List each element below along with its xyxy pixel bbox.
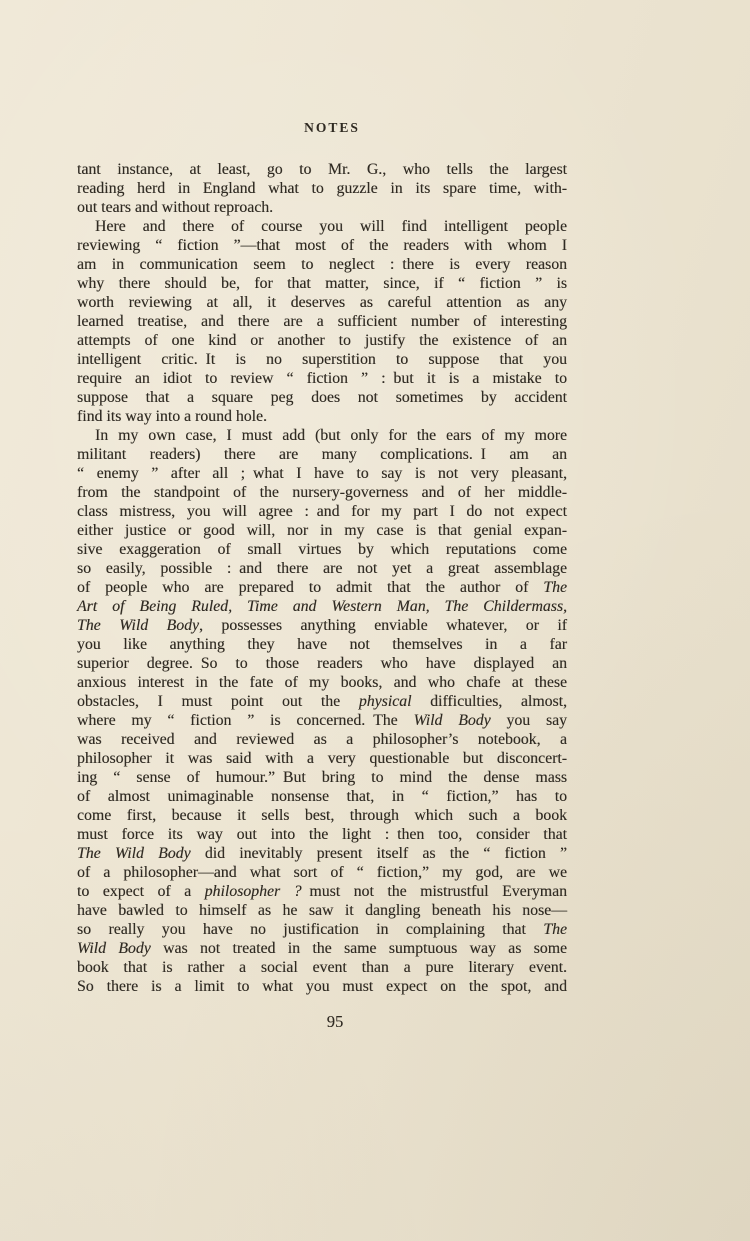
text-segment: from the standpoint of the nursery-gover… <box>77 484 567 501</box>
text-line: ing “ sense of humour.” But bring to min… <box>77 768 567 787</box>
text-line: Here and there of course you will find i… <box>77 217 567 236</box>
text-segment: of almost unimaginable nonsense that, in… <box>77 788 567 805</box>
text-segment: to expect of a <box>77 883 205 900</box>
italic-text-segment: The <box>543 921 567 938</box>
text-line: require an idiot to review “ fiction ” :… <box>77 369 567 388</box>
text-line: The Wild Body, possesses anything enviab… <box>77 616 567 635</box>
text-line: either justice or good will, nor in my c… <box>77 521 567 540</box>
text-segment: tant instance, at least, go to Mr. G., w… <box>77 161 567 178</box>
text-line: come first, because it sells best, throu… <box>77 806 567 825</box>
text-segment: sive exaggeration of small virtues by wh… <box>77 541 567 558</box>
running-head: NOTES <box>87 120 577 136</box>
text-line: am in communication seem to neglect : th… <box>77 255 567 274</box>
text-line: to expect of a philosopher ? must not th… <box>77 882 567 901</box>
text-segment: come first, because it sells best, throu… <box>77 807 567 824</box>
text-line: class mistress, you will agree : and for… <box>77 502 567 521</box>
text-segment: militant readers) there are many complic… <box>77 446 567 463</box>
text-segment: am in communication seem to neglect : th… <box>77 256 567 273</box>
text-line: Art of Being Ruled, Time and Western Man… <box>77 597 567 616</box>
text-segment: you like anything they have not themselv… <box>77 636 567 653</box>
text-segment: out tears and without reproach. <box>77 199 273 216</box>
text-segment: find its way into a round hole. <box>77 408 267 425</box>
text-line: so easily, possible : and there are not … <box>77 559 567 578</box>
text-segment: you say <box>491 712 567 729</box>
text-line: find its way into a round hole. <box>77 407 567 426</box>
text-line: have bawled to himself as he saw it dang… <box>77 901 567 920</box>
text-segment: , possesses anything enviable whatever, … <box>199 617 567 634</box>
page-number: 95 <box>90 1012 580 1032</box>
text-segment: where my “ fiction ” is concerned. The <box>77 712 413 729</box>
text-segment: have bawled to himself as he saw it dang… <box>77 902 567 919</box>
text-segment: so really you have no justification in c… <box>77 921 543 938</box>
text-line: So there is a limit to what you must exp… <box>77 977 567 996</box>
text-segment: learned treatise, and there are a suffic… <box>77 313 567 330</box>
text-segment: must force its way out into the light : … <box>77 826 567 843</box>
text-line: out tears and without reproach. <box>77 198 567 217</box>
text-line: In my own case, I must add (but only for… <box>77 426 567 445</box>
text-segment: obstacles, I must point out the <box>77 693 359 710</box>
text-segment: suppose that a square peg does not somet… <box>77 389 567 406</box>
text-line: of people who are prepared to admit that… <box>77 578 567 597</box>
text-segment: was not treated in the same sumptuous wa… <box>151 940 567 957</box>
text-segment: class mistress, you will agree : and for… <box>77 503 567 520</box>
text-line: book that is rather a social event than … <box>77 958 567 977</box>
text-line: Wild Body was not treated in the same su… <box>77 939 567 958</box>
text-segment: worth reviewing at all, it deserves as c… <box>77 294 567 311</box>
body-text: tant instance, at least, go to Mr. G., w… <box>77 160 567 996</box>
italic-text-segment: Wild Body <box>77 940 151 957</box>
text-segment: must not the mistrustful Everyman <box>302 883 567 900</box>
text-segment: So there is a limit to what you must exp… <box>77 978 567 995</box>
text-line: from the standpoint of the nursery-gover… <box>77 483 567 502</box>
italic-text-segment: philosopher ? <box>205 883 302 900</box>
text-segment: did inevitably present itself as the “ f… <box>191 845 567 862</box>
text-line: “ enemy ” after all ; what I have to say… <box>77 464 567 483</box>
text-line: The Wild Body did inevitably present its… <box>77 844 567 863</box>
text-line: of almost unimaginable nonsense that, in… <box>77 787 567 806</box>
text-segment: was received and reviewed as a philosoph… <box>77 731 567 748</box>
text-line: reviewing “ fiction ”—that most of the r… <box>77 236 567 255</box>
text-line: worth reviewing at all, it deserves as c… <box>77 293 567 312</box>
italic-text-segment: Art of Being Ruled, Time and Western Man… <box>77 598 567 615</box>
text-line: tant instance, at least, go to Mr. G., w… <box>77 160 567 179</box>
text-segment: difficulties, almost, <box>411 693 567 710</box>
text-segment: of people who are prepared to admit that… <box>77 579 543 596</box>
text-segment: Here and there of course you will find i… <box>95 218 567 235</box>
text-line: philosopher it was said with a very ques… <box>77 749 567 768</box>
text-line: attempts of one kind or another to justi… <box>77 331 567 350</box>
italic-text-segment: physical <box>359 693 412 710</box>
italic-text-segment: The <box>543 579 567 596</box>
text-line: superior degree. So to those readers who… <box>77 654 567 673</box>
text-segment: ing “ sense of humour.” But bring to min… <box>77 769 567 786</box>
text-segment: attempts of one kind or another to justi… <box>77 332 567 349</box>
text-segment: book that is rather a social event than … <box>77 959 567 976</box>
italic-text-segment: Wild Body <box>413 712 490 729</box>
text-line: you like anything they have not themselv… <box>77 635 567 654</box>
text-segment: intelligent critic. It is no superstitio… <box>77 351 567 368</box>
text-line: of a philosopher—and what sort of “ fict… <box>77 863 567 882</box>
text-segment: “ enemy ” after all ; what I have to say… <box>77 465 567 482</box>
text-segment: require an idiot to review “ fiction ” :… <box>77 370 567 387</box>
text-segment: In my own case, I must add (but only for… <box>95 427 567 444</box>
text-line: must force its way out into the light : … <box>77 825 567 844</box>
text-segment: reading herd in England what to guzzle i… <box>77 180 567 197</box>
text-line: militant readers) there are many complic… <box>77 445 567 464</box>
text-segment: either justice or good will, nor in my c… <box>77 522 567 539</box>
text-line: sive exaggeration of small virtues by wh… <box>77 540 567 559</box>
text-line: so really you have no justification in c… <box>77 920 567 939</box>
text-segment: of a philosopher—and what sort of “ fict… <box>77 864 567 881</box>
text-line: obstacles, I must point out the physical… <box>77 692 567 711</box>
text-segment: so easily, possible : and there are not … <box>77 560 567 577</box>
text-line: was received and reviewed as a philosoph… <box>77 730 567 749</box>
italic-text-segment: The Wild Body <box>77 617 199 634</box>
italic-text-segment: The Wild Body <box>77 845 191 862</box>
text-segment: why there should be, for that matter, si… <box>77 275 567 292</box>
text-line: intelligent critic. It is no superstitio… <box>77 350 567 369</box>
text-line: why there should be, for that matter, si… <box>77 274 567 293</box>
text-segment: philosopher it was said with a very ques… <box>77 750 567 767</box>
text-line: suppose that a square peg does not somet… <box>77 388 567 407</box>
text-segment: superior degree. So to those readers who… <box>77 655 567 672</box>
text-segment: anxious interest in the fate of my books… <box>77 674 567 691</box>
book-page: NOTES tant instance, at least, go to Mr.… <box>0 0 750 1241</box>
text-line: reading herd in England what to guzzle i… <box>77 179 567 198</box>
text-line: where my “ fiction ” is concerned. The W… <box>77 711 567 730</box>
text-segment: reviewing “ fiction ”—that most of the r… <box>77 237 567 254</box>
text-line: anxious interest in the fate of my books… <box>77 673 567 692</box>
text-line: learned treatise, and there are a suffic… <box>77 312 567 331</box>
